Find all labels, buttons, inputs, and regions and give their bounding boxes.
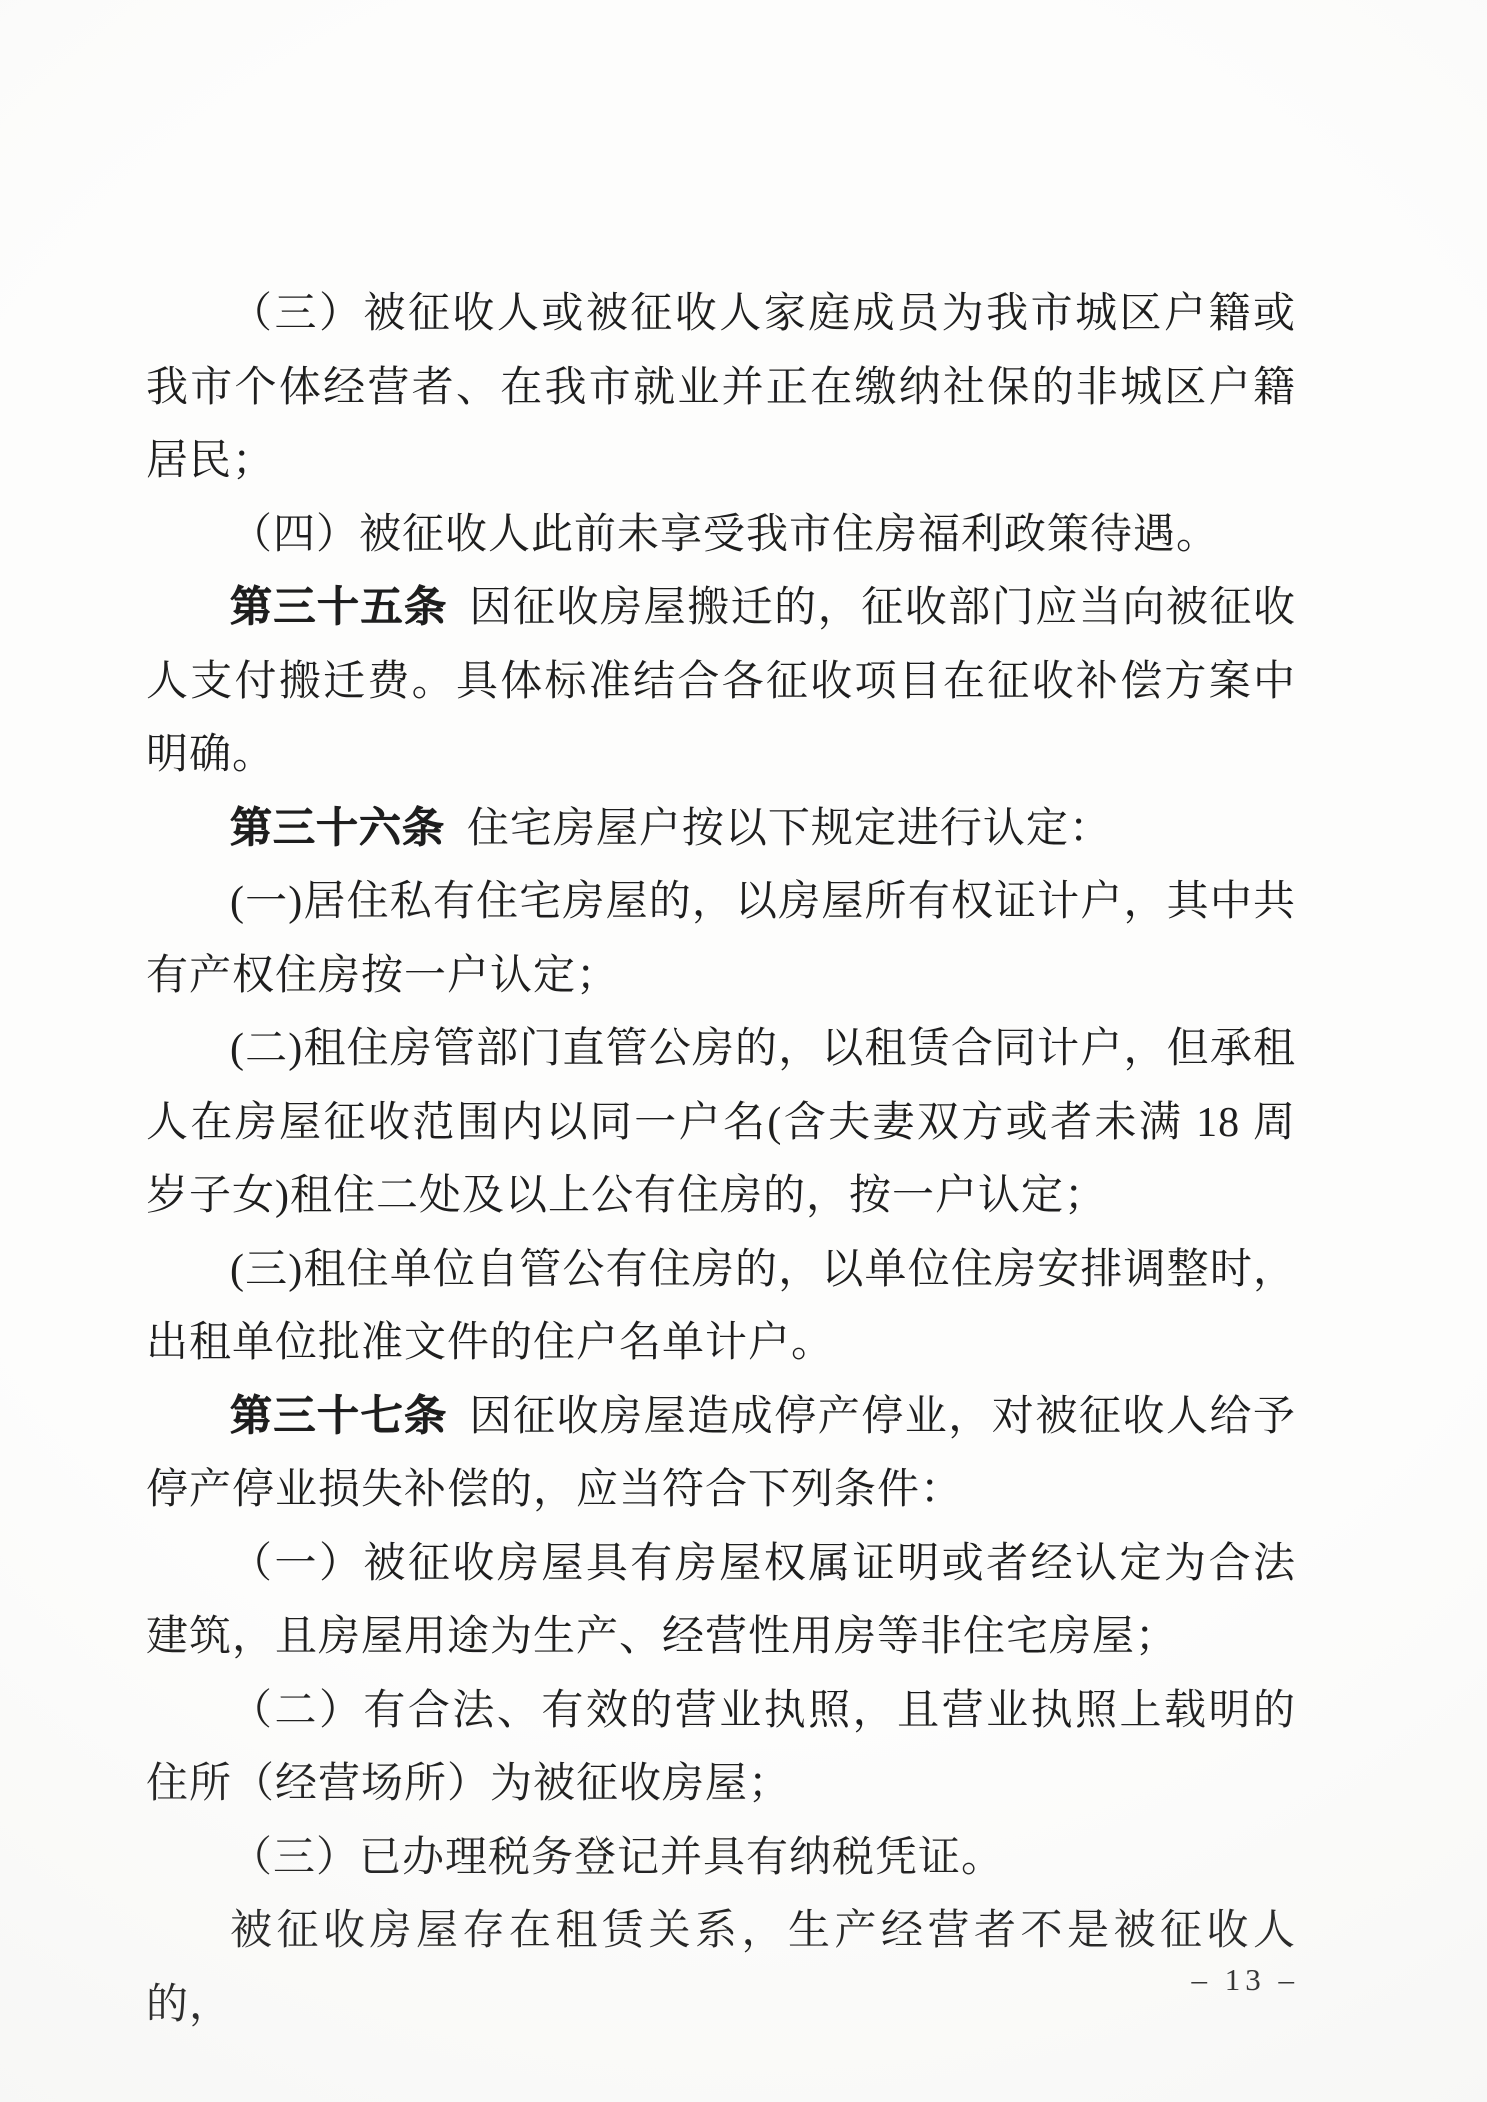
paragraph: （一）被征收房屋具有房屋权属证明或者经认定为合法建筑，且房屋用途为生产、经营性用… xyxy=(146,1528,1296,1675)
paragraph-text: (二)租住房管部门直管公房的，以租赁合同计户，但承租人在房屋征收范围内以同一户名… xyxy=(146,1026,1296,1219)
paragraph: 被征收房屋存在租赁关系，生产经营者不是被征收人的， xyxy=(146,1895,1296,2042)
paragraph-text: （二）有合法、有效的营业执照，且营业执照上载明的住所（经营场所）为被征收房屋； xyxy=(146,1688,1296,1808)
paragraph: （三）被征收人或被征收人家庭成员为我市城区户籍或我市个体经营者、在我市就业并正在… xyxy=(146,278,1296,499)
article-number: 第三十七条 xyxy=(230,1394,448,1440)
paragraph: （三）已办理税务登记并具有纳税凭证。 xyxy=(146,1822,1296,1896)
paragraph-text: (一)居住私有住宅房屋的，以房屋所有权证计户，其中共有产权住房按一户认定； xyxy=(146,879,1296,999)
paragraph-text: （三）被征收人或被征收人家庭成员为我市城区户籍或我市个体经营者、在我市就业并正在… xyxy=(146,291,1296,484)
paragraph: （四）被征收人此前未享受我市住房福利政策待遇。 xyxy=(146,499,1296,573)
paragraph-text: 住宅房屋户按以下规定进行认定： xyxy=(467,806,1112,852)
article-number: 第三十六条 xyxy=(230,806,445,852)
paragraph: （二）有合法、有效的营业执照，且营业执照上载明的住所（经营场所）为被征收房屋； xyxy=(146,1675,1296,1822)
document-body: （三）被征收人或被征收人家庭成员为我市城区户籍或我市个体经营者、在我市就业并正在… xyxy=(146,278,1296,2042)
document-page: （三）被征收人或被征收人家庭成员为我市城区户籍或我市个体经营者、在我市就业并正在… xyxy=(0,0,1487,2102)
page-number: – 13 – xyxy=(1192,1962,1300,1998)
paragraph-text: （一）被征收房屋具有房屋权属证明或者经认定为合法建筑，且房屋用途为生产、经营性用… xyxy=(146,1541,1296,1661)
paragraph: (三)租住单位自管公有住房的，以单位住房安排调整时，出租单位批准文件的住户名单计… xyxy=(146,1234,1296,1381)
paragraph: 第三十六条住宅房屋户按以下规定进行认定： xyxy=(146,793,1296,867)
paragraph-text: （四）被征收人此前未享受我市住房福利政策待遇。 xyxy=(230,512,1219,558)
paragraph: (二)租住房管部门直管公房的，以租赁合同计户，但承租人在房屋征收范围内以同一户名… xyxy=(146,1013,1296,1234)
paragraph-text: （三）已办理税务登记并具有纳税凭证。 xyxy=(230,1835,1004,1881)
paragraph: 第三十七条因征收房屋造成停产停业，对被征收人给予停产停业损失补偿的，应当符合下列… xyxy=(146,1381,1296,1528)
paragraph: 第三十五条因征收房屋搬迁的，征收部门应当向被征收人支付搬迁费。具体标准结合各征收… xyxy=(146,572,1296,793)
paragraph: (一)居住私有住宅房屋的，以房屋所有权证计户，其中共有产权住房按一户认定； xyxy=(146,866,1296,1013)
article-number: 第三十五条 xyxy=(230,585,448,631)
paragraph-text: (三)租住单位自管公有住房的，以单位住房安排调整时，出租单位批准文件的住户名单计… xyxy=(146,1247,1296,1367)
paragraph-text: 被征收房屋存在租赁关系，生产经营者不是被征收人的， xyxy=(146,1908,1296,2028)
